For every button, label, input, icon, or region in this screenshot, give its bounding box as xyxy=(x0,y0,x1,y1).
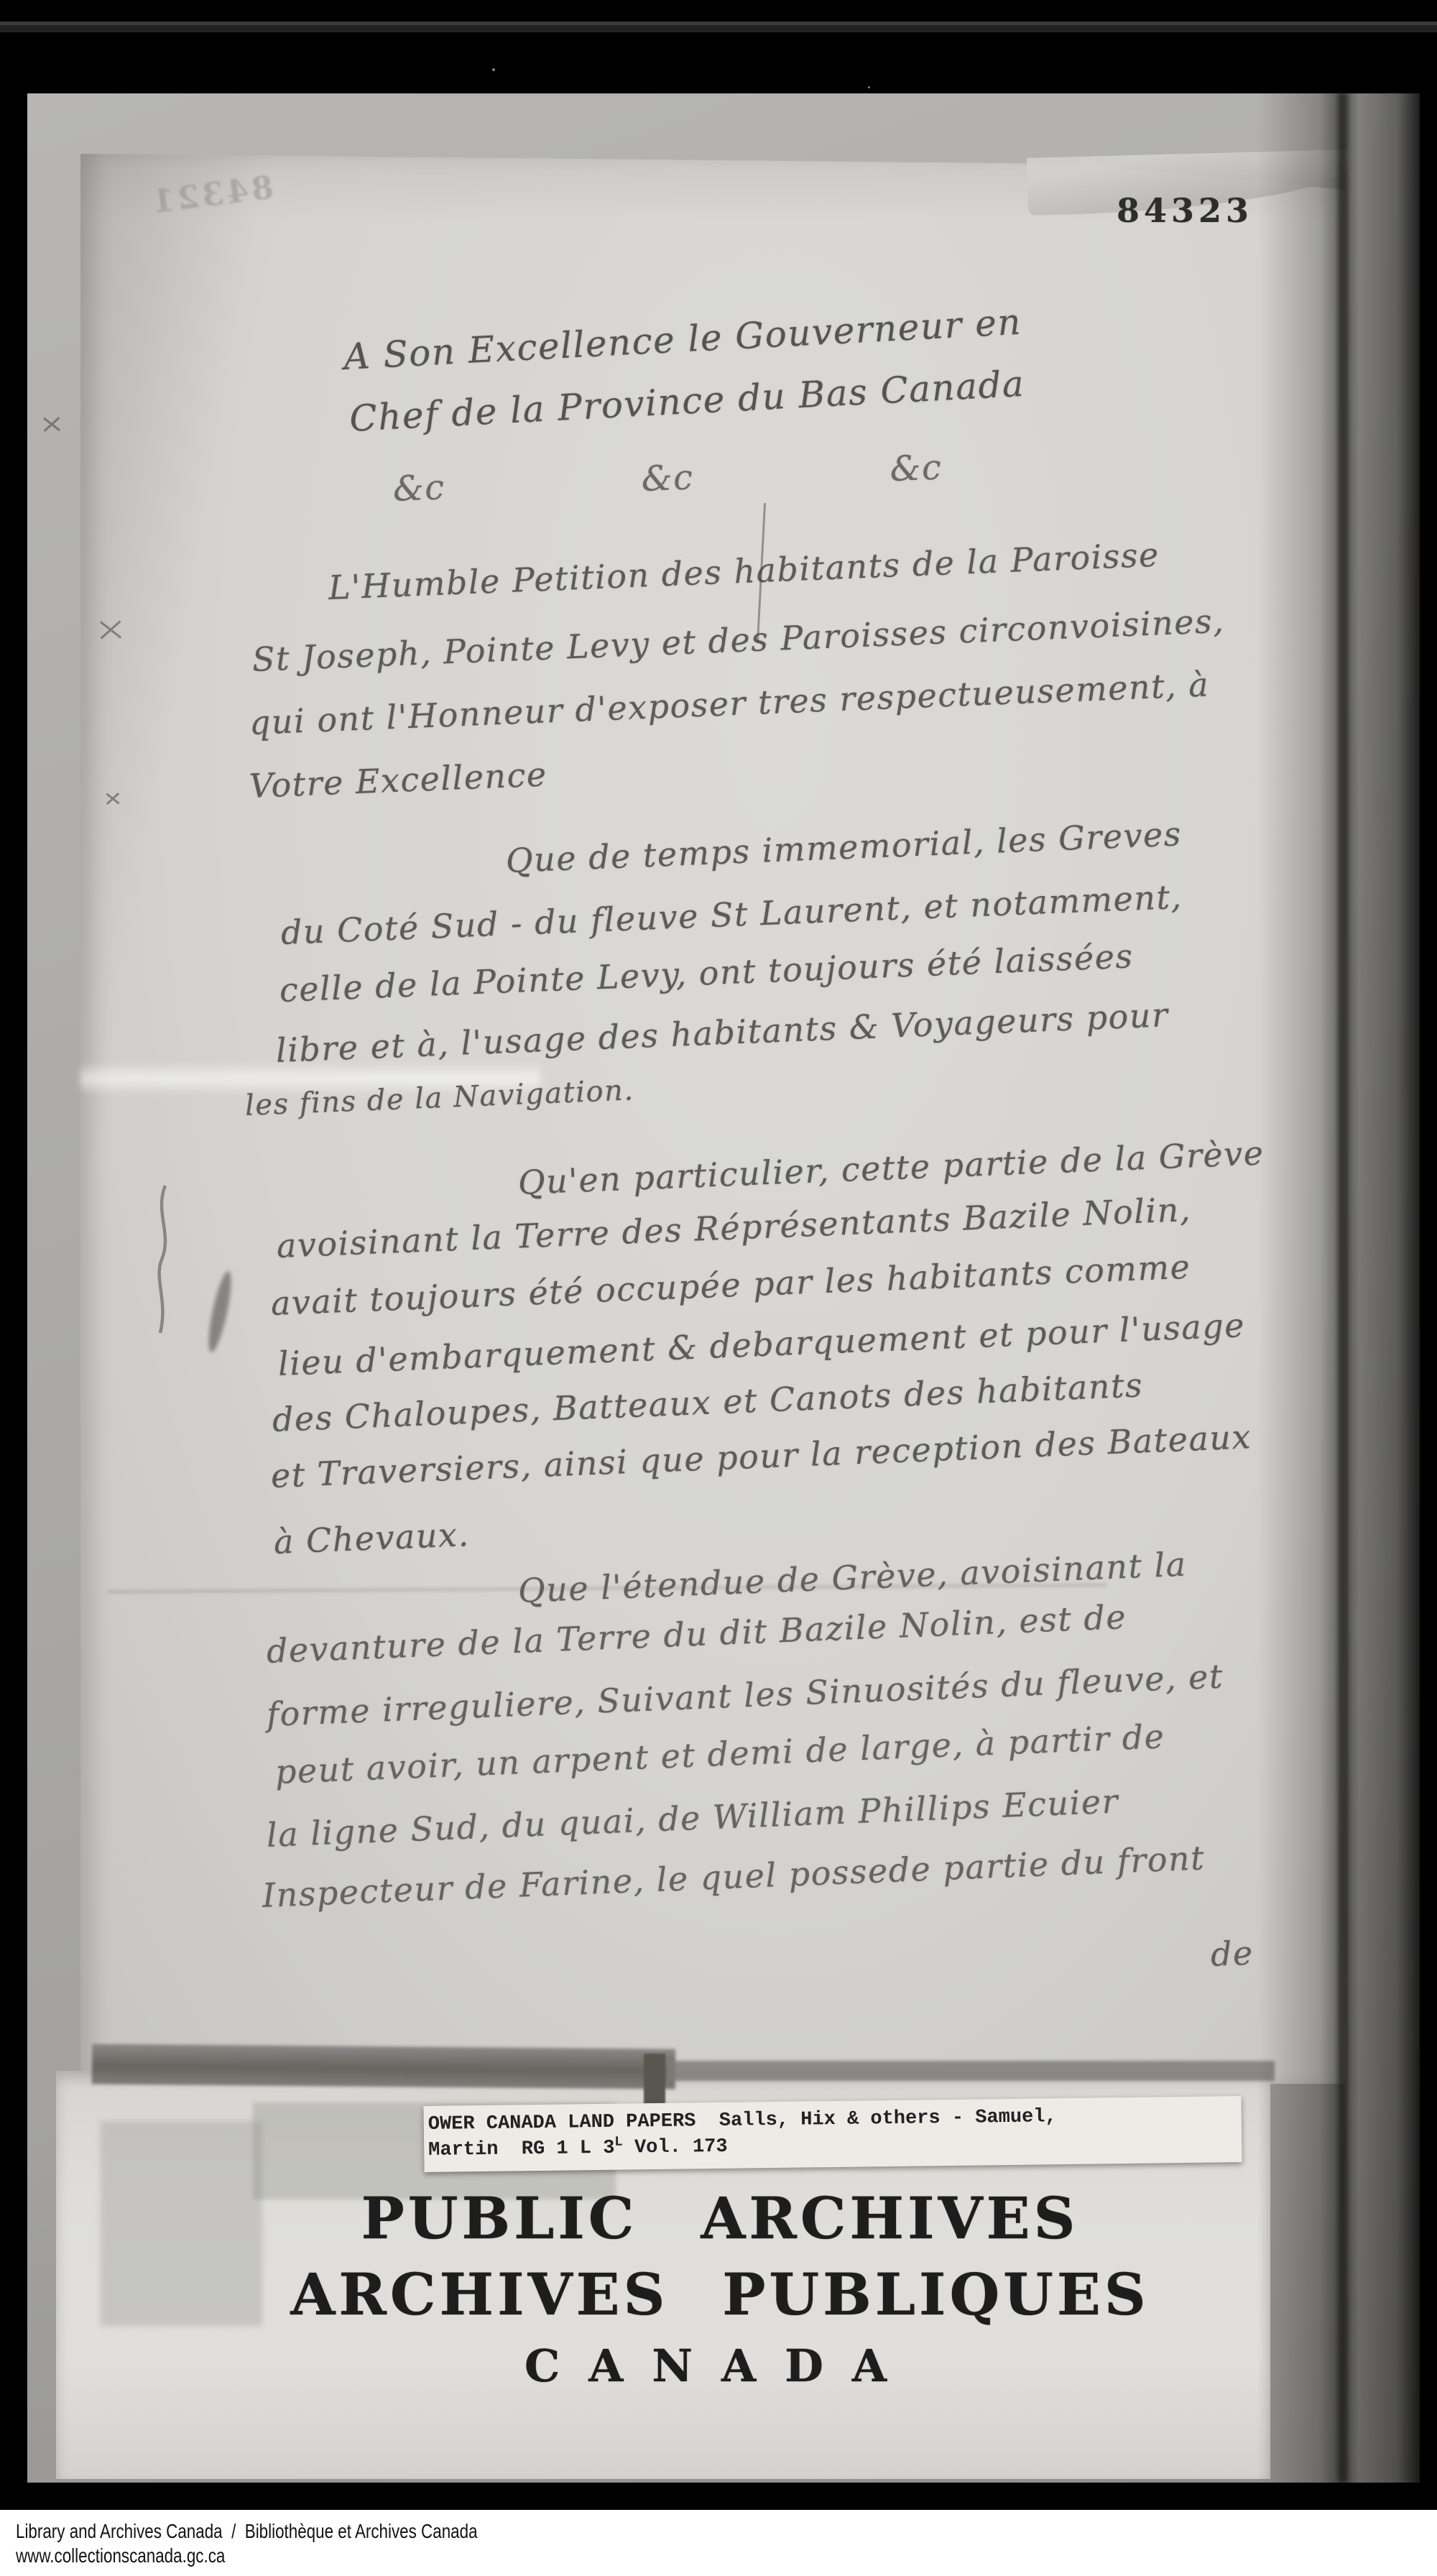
ink-squiggle-mark xyxy=(151,1182,175,1337)
archives-stamp-line-3: CANADA xyxy=(172,2340,1267,2392)
reference-label: OWER CANADA LAND PAPERS Salls, Hix & oth… xyxy=(423,2096,1242,2172)
frame-shadow-line xyxy=(0,25,1437,32)
archives-stamp-line-1: PUBLIC ARCHIVES xyxy=(172,2184,1267,2252)
footer-credit-line: Library and Archives Canada / Bibliothèq… xyxy=(16,2520,478,2543)
footer-url: www.collectionscanada.gc.ca xyxy=(16,2544,225,2567)
manuscript-line: à Chevaux. xyxy=(273,1516,471,1560)
x-mark xyxy=(42,414,62,434)
tape-artifact xyxy=(667,2061,1275,2081)
tape-artifact xyxy=(92,2044,675,2089)
scan-frame: 84321 84323 A Son Excellence le Gouverne… xyxy=(0,0,1437,2576)
reference-superscript: L xyxy=(614,2134,623,2150)
footer-bar: Library and Archives Canada / Bibliothèq… xyxy=(0,2510,1437,2576)
dust-speck xyxy=(492,68,495,71)
x-mark xyxy=(98,618,124,642)
catchword: de xyxy=(1210,1935,1255,1973)
archives-stamp-line-2: ARCHIVES PUBLIQUES xyxy=(172,2261,1267,2328)
x-mark xyxy=(105,790,121,806)
page-number-stamp: 84323 xyxy=(1117,191,1253,230)
gutter-fold-line xyxy=(1338,93,1348,2483)
dust-speck xyxy=(868,86,870,88)
